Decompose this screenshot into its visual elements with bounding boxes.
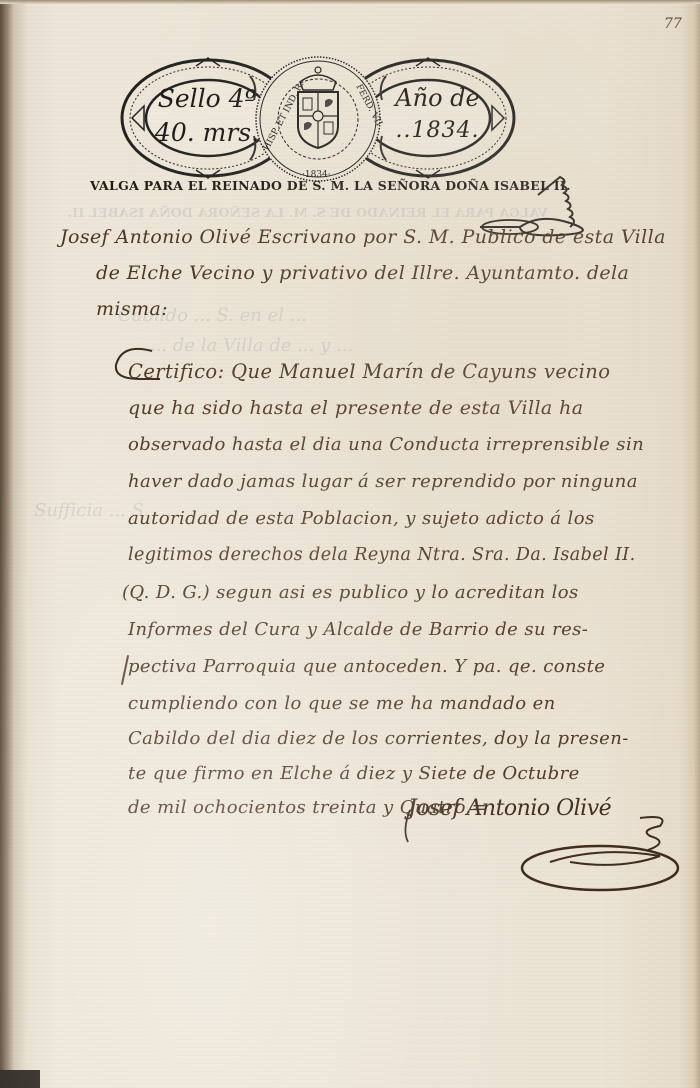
bleed-through-header: VALGA PARA EL REINADO DE S. M. LA SEÑORA…	[88, 205, 548, 220]
manuscript-line: legitimos derechos dela Reyna Ntra. Sra.…	[128, 545, 636, 565]
manuscript-line: Josef Antonio Olivé Escrivano por S. M. …	[60, 226, 666, 248]
page-corner-shadow	[0, 1070, 40, 1088]
manuscript-line: haver dado jamas lugar á ser reprendido …	[128, 471, 638, 492]
folio-number: 77	[664, 16, 682, 32]
manuscript-line: de Elche Vecino y privativo del Illre. A…	[96, 262, 629, 284]
manuscript-line: Certifico: Que Manuel Marín de Cayuns ve…	[128, 360, 610, 383]
manuscript-line: observado hasta el dia una Conducta irre…	[128, 434, 644, 455]
stamp-value-label: 40. mrs.	[152, 120, 262, 145]
revenue-stamp: HISP. ET IND. R. FERD. VII ·1834· Sello …	[118, 56, 518, 186]
bleed-through-line: ... de la Villa de ... y ...	[150, 335, 353, 356]
signature-rubric-icon	[400, 790, 700, 900]
manuscript-line: te que firmo en Elche á diez y Siete de …	[128, 763, 580, 784]
manuscript-line: (Q. D. G.) segun asi es publico y lo acr…	[122, 582, 579, 603]
manuscript-line: cumpliendo con lo que se me ha mandado e…	[128, 693, 556, 714]
manuscript-line: pectiva Parroquia que antoceden. Y pa. q…	[128, 656, 605, 677]
page-top-edge	[0, 0, 700, 4]
manuscript-line: Cabildo del dia diez de los corrientes, …	[128, 728, 629, 749]
stamp-year-value: ..1834.	[380, 120, 495, 142]
initial-flourish-icon	[112, 345, 162, 385]
manuscript-line: que ha sido hasta el presente de esta Vi…	[128, 397, 583, 419]
stamp-year-label: Año de	[380, 86, 495, 110]
stamp-class-label: Sello 4º	[152, 86, 262, 111]
manuscript-line: autoridad de esta Poblacion, y sujeto ad…	[128, 508, 595, 529]
manuscript-line: misma:	[96, 298, 168, 320]
document-page: 77	[0, 0, 700, 1088]
manuscript-line: Informes del Cura y Alcalde de Barrio de…	[128, 619, 588, 640]
